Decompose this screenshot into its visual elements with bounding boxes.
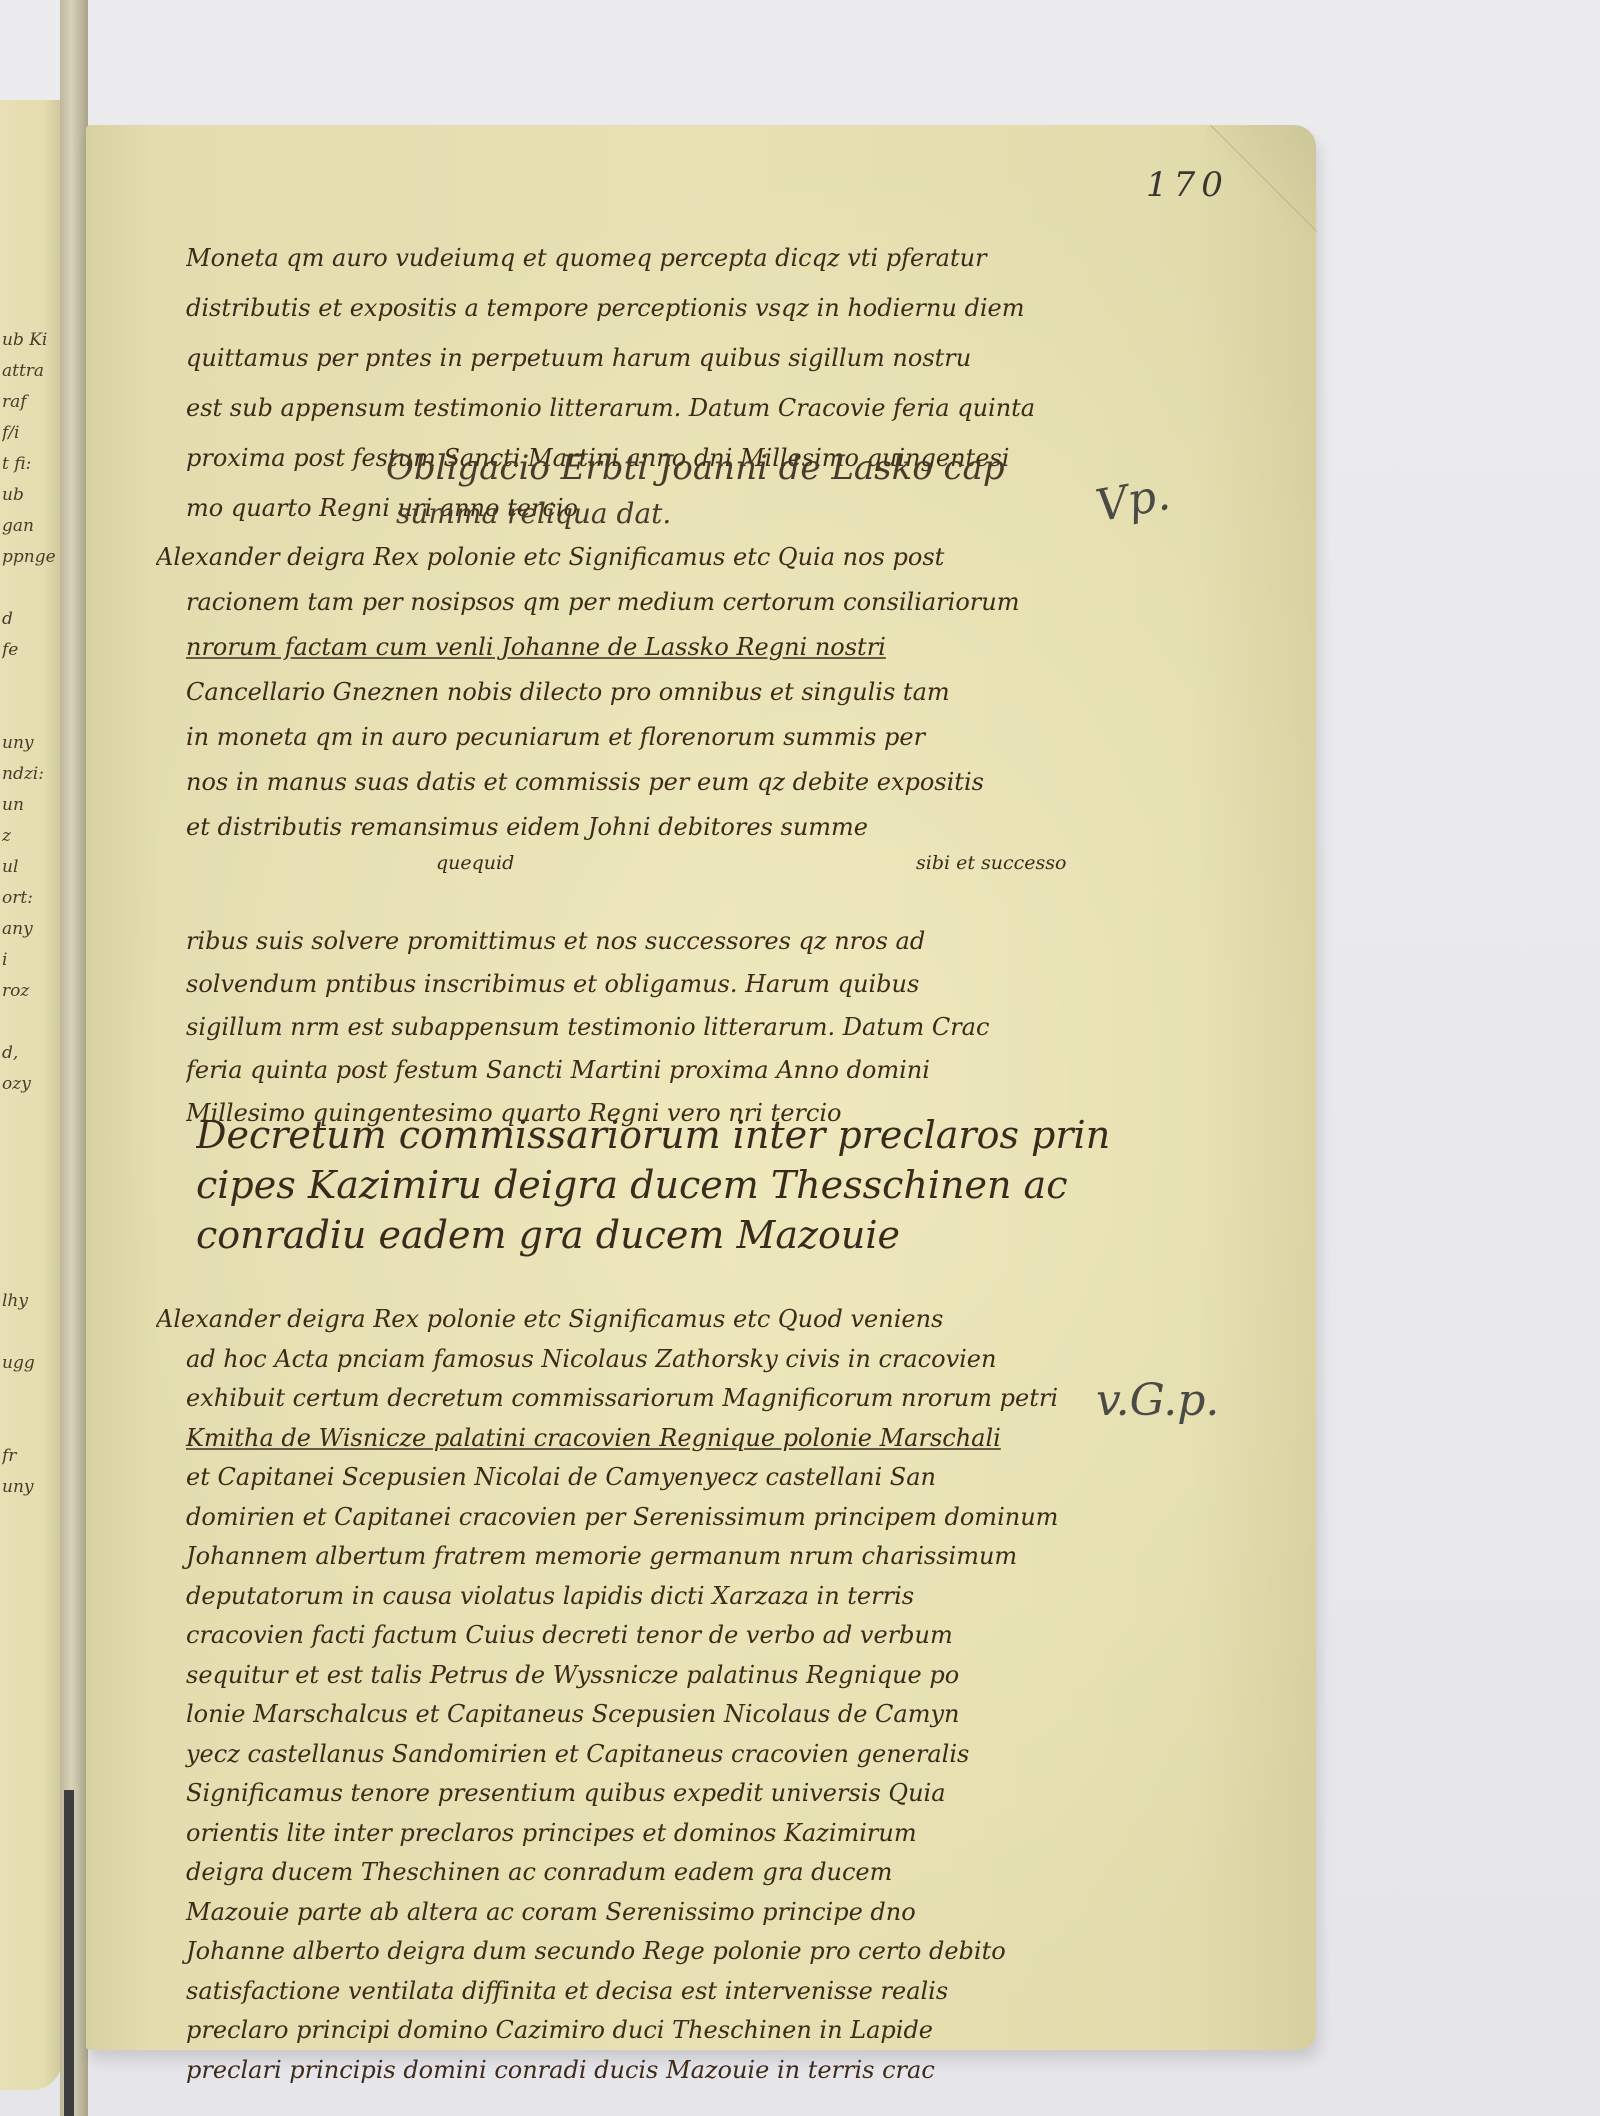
verso-fragment — [2, 1255, 60, 1286]
manuscript-line: yecz castellanus Sandomirien et Capitane… — [156, 1735, 1186, 1775]
manuscript-line: sequitur et est talis Petrus de Wyssnicz… — [156, 1656, 1186, 1696]
verso-fragment — [2, 1317, 60, 1348]
verso-fragment — [2, 1007, 60, 1038]
folio-number: 170 — [1146, 165, 1229, 205]
verso-fragment — [2, 1379, 60, 1410]
manuscript-line: racionem tam per nosipsos qm per medium … — [156, 580, 1166, 625]
manuscript-line: quittamus per pntes in perpetuum harum q… — [186, 333, 1166, 383]
manuscript-line: domirien et Capitanei cracovien per Sere… — [156, 1498, 1186, 1538]
manuscript-line: preclari principis domini conradi ducis … — [156, 2051, 1186, 2091]
manuscript-line: Johannem albertum fratrem memorie german… — [156, 1537, 1186, 1577]
manuscript-line: Cancellario Gneznen nobis dilecto pro om… — [156, 670, 1166, 715]
verso-fragment — [2, 1131, 60, 1162]
manuscript-line: feria quinta post festum Sancti Martini … — [186, 1049, 1166, 1092]
heading-line: Obligacio Erbti Joanni de Lasko cap — [386, 445, 1086, 491]
verso-fragment: d — [2, 604, 60, 635]
verso-fragment: ndzi: — [2, 759, 60, 790]
manuscript-line: preclaro principi domino Cazimiro duci T… — [156, 2011, 1186, 2051]
verso-text-fragments: ub Ki attra raf f/i t fi: ub gan ppnge d… — [2, 325, 60, 1503]
verso-fragment: d, — [2, 1038, 60, 1069]
manuscript-line: et distributis remansimus eidem Johni de… — [156, 805, 1166, 850]
verso-fragment: z — [2, 821, 60, 852]
verso-fragment: fe — [2, 635, 60, 666]
manuscript-line: Kmitha de Wisnicze palatini cracovien Re… — [156, 1419, 1186, 1459]
verso-fragment — [2, 697, 60, 728]
obligatio-heading: Obligacio Erbti Joanni de Lasko cap summ… — [386, 445, 1086, 537]
verso-fragment — [2, 1193, 60, 1224]
decretum-heading: Decretum commissariorum inter preclaros … — [196, 1110, 1176, 1260]
manuscript-line: Significamus tenore presentium quibus ex… — [156, 1774, 1186, 1814]
verso-fragment: ort: — [2, 883, 60, 914]
verso-fragment: any — [2, 914, 60, 945]
manuscript-line: Alexander deigra Rex polonie etc Signifi… — [156, 535, 1166, 580]
verso-fragment: t fi: — [2, 449, 60, 480]
manuscript-line: deputatorum in causa violatus lapidis di… — [156, 1577, 1186, 1617]
verso-fragment: uny — [2, 728, 60, 759]
manuscript-line: Moneta qm auro vudeiumq et quomeq percep… — [186, 233, 1166, 283]
interlinear-word: sibi et successo — [916, 850, 1066, 876]
heading-line: Decretum commissariorum inter preclaros … — [196, 1110, 1176, 1160]
verso-fragment: ozy — [2, 1069, 60, 1100]
verso-fragment: raf — [2, 387, 60, 418]
verso-fragment: gan — [2, 511, 60, 542]
heading-line: conradiu eadem gra ducem Mazouie — [196, 1210, 1176, 1260]
verso-fragment: ppnge — [2, 542, 60, 573]
manuscript-line: sigillum nrm est subappensum testimonio … — [186, 1006, 1166, 1049]
verso-fragment: uny — [2, 1472, 60, 1503]
manuscript-line: in moneta qm in auro pecuniarum et flore… — [156, 715, 1166, 760]
verso-fragment: attra — [2, 356, 60, 387]
verso-fragment: ub — [2, 480, 60, 511]
manuscript-line: est sub appensum testimonio litterarum. … — [186, 383, 1166, 433]
binding-shadow — [64, 1790, 74, 2116]
manuscript-line: satisfactione ventilata diffinita et dec… — [156, 1972, 1186, 2012]
manuscript-line: Alexander deigra Rex polonie etc Signifi… — [156, 1300, 1186, 1340]
heading-line: summa reliqua dat. — [386, 491, 1086, 537]
manuscript-line: cracovien facti factum Cuius decreti ten… — [156, 1616, 1186, 1656]
verso-fragment: f/i — [2, 418, 60, 449]
verso-fragment: fr — [2, 1441, 60, 1472]
manuscript-line: solvendum pntibus inscribimus et obligam… — [186, 963, 1166, 1006]
verso-fragment: lhy — [2, 1286, 60, 1317]
verso-fragment: ugg — [2, 1348, 60, 1379]
verso-fragment: i — [2, 945, 60, 976]
interlinear-insertions: quequid sibi et successo — [156, 850, 1166, 876]
verso-fragment: un — [2, 790, 60, 821]
manuscript-line: exhibuit certum decretum commissariorum … — [156, 1379, 1186, 1419]
manuscript-line: orientis lite inter preclaros principes … — [156, 1814, 1186, 1854]
verso-fragment — [2, 1224, 60, 1255]
verso-fragment: roz — [2, 976, 60, 1007]
verso-fragment — [2, 1162, 60, 1193]
interlinear-word: quequid — [436, 850, 514, 876]
manuscript-line: ad hoc Acta pnciam famosus Nicolaus Zath… — [156, 1340, 1186, 1380]
recto-page: 170 Moneta qm auro vudeiumq et quomeq pe… — [86, 125, 1316, 2050]
manuscript-line: nrorum factam cum venli Johanne de Lassk… — [156, 625, 1166, 670]
verso-fragment — [2, 666, 60, 697]
manuscript-line: nos in manus suas datis et commissis per… — [156, 760, 1166, 805]
verso-fragment — [2, 573, 60, 604]
verso-page-fragment: ub Ki attra raf f/i t fi: ub gan ppnge d… — [0, 100, 62, 2090]
obligatio-text: Alexander deigra Rex polonie etc Signifi… — [156, 535, 1166, 876]
manuscript-line: deigra ducem Theschinen ac conradum eade… — [156, 1853, 1186, 1893]
manuscript-line: Johanne alberto deigra dum secundo Rege … — [156, 1932, 1186, 1972]
manuscript-line: lonie Marschalcus et Capitaneus Scepusie… — [156, 1695, 1186, 1735]
decretum-text: Alexander deigra Rex polonie etc Signifi… — [156, 1300, 1186, 2090]
verso-fragment: ul — [2, 852, 60, 883]
verso-fragment: ub Ki — [2, 325, 60, 356]
verso-fragment — [2, 1410, 60, 1441]
manuscript-line: distributis et expositis a tempore perce… — [186, 283, 1166, 333]
manuscript-line: et Capitanei Scepusien Nicolai de Camyen… — [156, 1458, 1186, 1498]
verso-fragment — [2, 1100, 60, 1131]
heading-line: cipes Kazimiru deigra ducem Thesschinen … — [196, 1160, 1176, 1210]
corner-fold-line — [1210, 125, 1317, 232]
manuscript-line: Mazouie parte ab altera ac coram Serenis… — [156, 1893, 1186, 1933]
obligatio-text-continued: ribus suis solvere promittimus et nos su… — [186, 920, 1166, 1135]
manuscript-line: ribus suis solvere promittimus et nos su… — [186, 920, 1166, 963]
